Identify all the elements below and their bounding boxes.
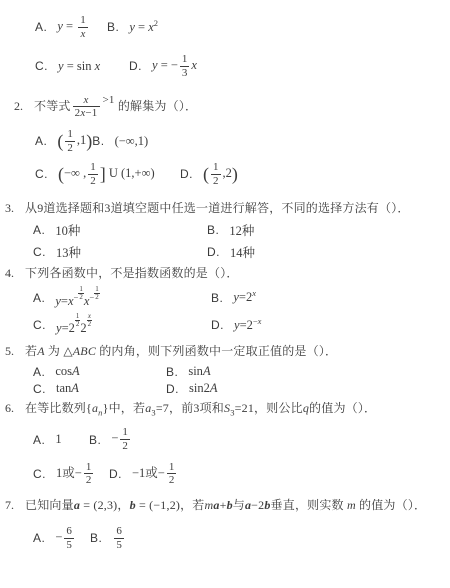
option-label: D. (129, 59, 142, 73)
question-stem: 在等比数列{an}中，若a3=7，前3项和S3=21，则公比q的值为（）． (25, 401, 376, 415)
option-c: C.y=2122x2 (33, 313, 211, 336)
option-c: C.tanA (33, 381, 166, 396)
option-value: y = 1x (57, 14, 89, 40)
option-value: y=2x (233, 290, 256, 305)
option-b: B.y = x2 (107, 20, 158, 35)
option-value: −65 (55, 525, 76, 551)
option-value: (12,1) (57, 128, 92, 154)
option-value: y = −13x (152, 53, 197, 79)
question-number: 6. (5, 400, 25, 417)
option-row-ab: A.1 B.−12 (0, 426, 442, 452)
option-label: A. (33, 433, 45, 447)
option-label: A. (33, 531, 45, 545)
question-stem-row: 7.已知向量a = (2,3)，b = (−1,2)，若ma+b与a−2b垂直，… (0, 497, 442, 514)
option-value: (−∞,1) (115, 134, 149, 149)
option-value: y=x−12x−12 (55, 286, 99, 309)
option-label: C. (35, 59, 48, 73)
option-label: C. (33, 382, 46, 396)
option-b: B.12种 (207, 221, 254, 239)
option-value: 65 (112, 525, 126, 551)
option-label: C. (33, 467, 46, 481)
option-a: A.(12,1) (35, 128, 92, 154)
option-label: D. (180, 167, 193, 181)
question-stem: 下列各函数中，不是指数函数的是（）． (25, 266, 239, 280)
option-value: (−∞ ,12] U (1,+∞) (58, 161, 155, 187)
option-row-cd: C.y = sin x D.y = −13x (0, 53, 442, 79)
option-value: y = sin x (58, 59, 100, 74)
option-d: D.y=2−x (211, 318, 261, 333)
option-value: 1或−12 (56, 461, 95, 487)
option-a: A.cosA (33, 364, 166, 379)
option-label: C. (35, 167, 48, 181)
question-1: A.y = 1x B.y = x2 C.y = sin x D.y = −13x (0, 14, 442, 80)
option-a: A.1 (33, 432, 89, 447)
option-row-cd: C.13种 D.14种 (0, 243, 442, 261)
option-value: −1或−12 (132, 461, 178, 487)
option-label: A. (35, 134, 47, 148)
option-value: sin2A (189, 381, 217, 396)
option-d: D.sin2A (166, 381, 217, 396)
question-2: 2.不等式x2x−1>1 的解集为（）． A.(12,1) B.(−∞,1) C… (0, 93, 442, 188)
option-label: A. (35, 20, 47, 34)
option-label: D. (207, 245, 220, 259)
option-c: C.1或−12 (33, 461, 109, 487)
option-label: B. (107, 20, 119, 34)
option-row-cd: C.(−∞ ,12] U (1,+∞) D.(12,2) (0, 161, 442, 187)
question-stem: 已知向量a = (2,3)，b = (−1,2)，若ma+b与a−2b垂直，则实… (25, 498, 426, 512)
option-a: A.10种 (33, 221, 207, 239)
option-d: D.y = −13x (129, 53, 197, 79)
question-number: 2. (14, 98, 34, 115)
option-c: C.y = sin x (35, 59, 129, 74)
option-value: sinA (188, 364, 210, 379)
option-value: (12,2) (203, 161, 238, 187)
option-d: D.(12,2) (180, 161, 238, 187)
option-b: B.y=2x (211, 290, 256, 305)
option-label: A. (33, 365, 45, 379)
option-value: tanA (56, 381, 79, 396)
question-4: 4.下列各函数中，不是指数函数的是（）． A.y=x−12x−12 B.y=2x… (0, 265, 442, 337)
option-label: B. (166, 365, 178, 379)
question-stem-row: 6.在等比数列{an}中，若a3=7，前3项和S3=21，则公比q的值为（）． (0, 400, 442, 417)
math-test-document: A.y = 1x B.y = x2 C.y = sin x D.y = −13x… (0, 0, 450, 552)
option-b: B.sinA (166, 364, 211, 379)
option-row-ab: A.y=x−12x−12 B.y=2x (0, 286, 442, 309)
option-value: 13种 (56, 243, 81, 261)
question-stem: 从9道选择题和3道填空题中任选一道进行解答，不同的选择方法有（）． (25, 201, 410, 215)
option-label: D. (211, 318, 224, 332)
question-stem-row: 5.若A 为 △ABC 的内角，则下列函数中一定取正值的是（）． (0, 343, 442, 360)
option-value: y=2−x (234, 318, 261, 333)
option-value: 14种 (230, 243, 255, 261)
option-label: C. (33, 318, 46, 332)
option-b: B.65 (90, 525, 126, 551)
option-value: y = x2 (129, 20, 158, 35)
option-label: B. (207, 223, 219, 237)
option-row-ab: A.cosA B.sinA (0, 364, 442, 379)
option-label: D. (109, 467, 122, 481)
question-number: 3. (5, 200, 25, 217)
option-b: B.−12 (89, 426, 132, 452)
question-stem-row: 4.下列各函数中，不是指数函数的是（）． (0, 265, 442, 282)
option-a: A.−65 (33, 525, 90, 551)
option-value: cosA (55, 364, 79, 379)
question-stem: 若A 为 △ABC 的内角，则下列函数中一定取正值的是（）． (25, 344, 337, 358)
option-label: A. (33, 223, 45, 237)
question-number: 7. (5, 497, 25, 514)
option-row-cd: C.tanA D.sin2A (0, 381, 442, 396)
option-b: B.(−∞,1) (92, 134, 148, 149)
option-c: C.(−∞ ,12] U (1,+∞) (35, 161, 180, 187)
option-row-cd: C.y=2122x2 D.y=2−x (0, 313, 442, 336)
option-row-ab: A.−65 B.65 (0, 525, 442, 551)
option-a: A.y = 1x (35, 14, 107, 40)
option-row-ab: A.(12,1) B.(−∞,1) (0, 128, 442, 154)
question-5: 5.若A 为 △ABC 的内角，则下列函数中一定取正值的是（）． A.cosA … (0, 343, 442, 396)
question-number: 4. (5, 265, 25, 282)
question-stem: 不等式x2x−1>1 的解集为（）． (34, 99, 197, 113)
option-row-ab: A.10种 B.12种 (0, 221, 442, 239)
option-label: B. (92, 134, 104, 148)
question-number: 5. (5, 343, 25, 360)
option-label: B. (90, 531, 102, 545)
question-stem-row: 3.从9道选择题和3道填空题中任选一道进行解答，不同的选择方法有（）． (0, 200, 442, 217)
option-value: 1 (55, 432, 61, 447)
option-label: B. (89, 433, 101, 447)
option-d: D.−1或−12 (109, 461, 178, 487)
option-a: A.y=x−12x−12 (33, 286, 211, 309)
option-value: 12种 (229, 221, 254, 239)
option-label: D. (166, 382, 179, 396)
option-c: C.13种 (33, 243, 207, 261)
option-value: 10种 (55, 221, 80, 239)
question-7: 7.已知向量a = (2,3)，b = (−1,2)，若ma+b与a−2b垂直，… (0, 497, 442, 552)
option-value: y=2122x2 (56, 313, 92, 336)
option-value: −12 (111, 426, 132, 452)
option-row-cd: C.1或−12 D.−1或−12 (0, 461, 442, 487)
option-label: B. (211, 291, 223, 305)
option-label: A. (33, 291, 45, 305)
question-6: 6.在等比数列{an}中，若a3=7，前3项和S3=21，则公比q的值为（）． … (0, 400, 442, 487)
question-stem-row: 2.不等式x2x−1>1 的解集为（）． (0, 93, 442, 120)
question-3: 3.从9道选择题和3道填空题中任选一道进行解答，不同的选择方法有（）． A.10… (0, 200, 442, 261)
option-d: D.14种 (207, 243, 255, 261)
option-row-ab: A.y = 1x B.y = x2 (0, 14, 442, 40)
option-label: C. (33, 245, 46, 259)
